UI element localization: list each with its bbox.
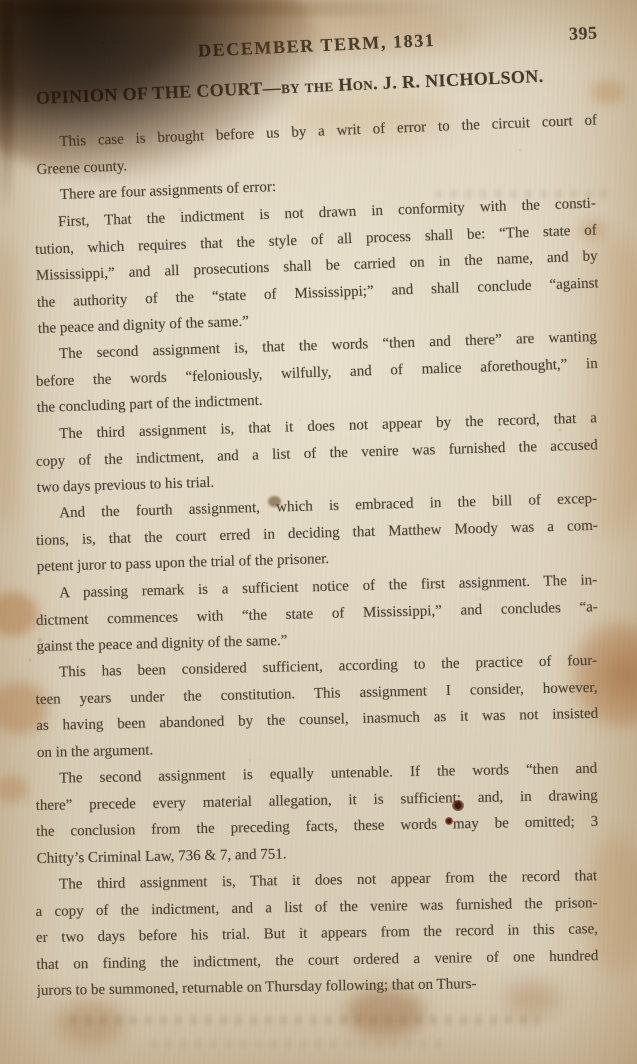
byline-by-the: by the: [281, 75, 339, 97]
byline-judge-name: Hon. J. R. NICHOLSON.: [338, 66, 544, 95]
header-spacer: [36, 61, 100, 64]
paragraph: First, That the indictment is not drawn …: [34, 190, 600, 342]
paragraph: The second assignment is equally untenab…: [35, 756, 599, 872]
paragraphs: This case is brought before us by a writ…: [36, 130, 598, 1005]
paragraph: The third assignment is, That it does no…: [35, 863, 599, 1004]
ink-bleedthrough: [150, 1040, 450, 1048]
paragraph: And the fourth assignment, which is embr…: [35, 486, 599, 581]
byline-opinion-text: OPINION OF THE COURT—: [36, 77, 282, 108]
scanned-book-page: DECEMBER TERM, 1831 395 OPINION OF THE C…: [0, 0, 637, 1064]
page-content: DECEMBER TERM, 1831 395 OPINION OF THE C…: [36, 46, 598, 1005]
paragraph: The third assignment is, that it does no…: [35, 405, 599, 501]
paragraph: This has been considered sufficient, acc…: [35, 648, 599, 766]
paragraph: A passing remark is a sufficient notice …: [35, 567, 599, 660]
ink-bleedthrough: [70, 1016, 540, 1024]
opinion-byline: OPINION OF THE COURT—by the Hon. J. R. N…: [35, 61, 598, 109]
page-number: 395: [533, 21, 598, 48]
